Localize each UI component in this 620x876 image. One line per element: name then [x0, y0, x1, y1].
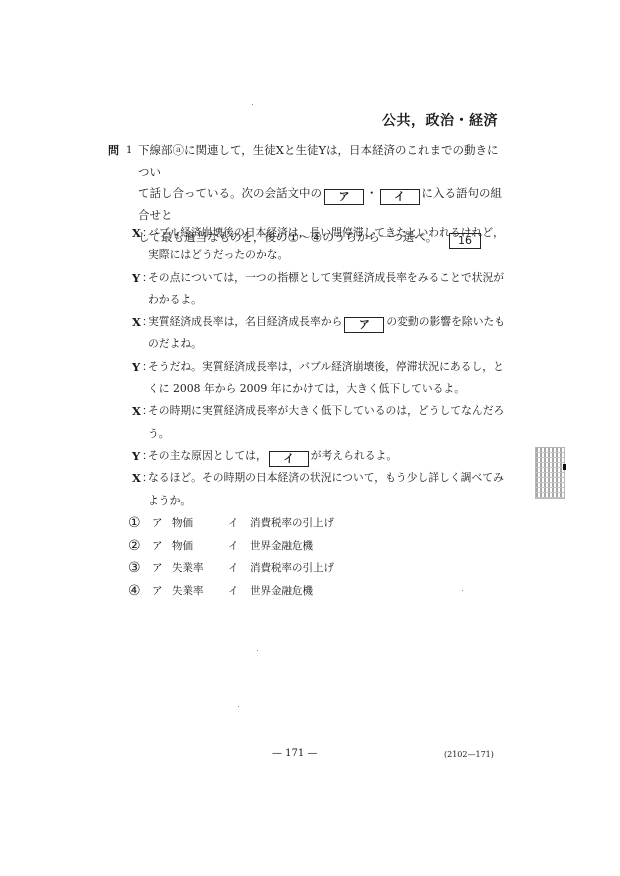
dialogue-line: 実際にはどうだったのかな。: [148, 244, 512, 266]
blank-a-box: ア: [344, 317, 384, 333]
dialogue-turn: X： バブル経済崩壊後の日本経済は，長い間停滞してきたといわれるけれど， 実際に…: [132, 222, 512, 267]
dialogue-turn: X： その時期に実質経済成長率が大きく低下しているのは，どうしてなんだろ う。: [132, 400, 512, 445]
blank-i-box: イ: [269, 451, 309, 467]
choice-value-i: 世界金融危機: [250, 580, 313, 603]
choice-label-i: イ: [228, 512, 250, 535]
colon: ：: [142, 467, 153, 489]
speaker-label: X: [132, 311, 141, 333]
dialogue-line: う。: [148, 423, 512, 445]
speaker-label: Y: [132, 356, 140, 378]
dialogue-line: くに 2008 年から 2009 年にかけては，大きく低下しているよ。: [148, 378, 512, 400]
choice-2: ② ア 物価 イ 世界金融危機: [128, 535, 334, 558]
dialogue-turn: X： 実質経済成長率は，名目経済成長率からアの変動の影響を除いたも のだよね。: [132, 311, 512, 356]
colon: ：: [142, 222, 153, 244]
speaker-label: X: [132, 222, 141, 244]
choice-value-a: 物価: [172, 535, 228, 558]
scan-speck: [252, 104, 253, 105]
dialogue-line: ようか。: [148, 490, 512, 512]
dialogue-turn: Y： その主な原因としては，イが考えられるよ。: [132, 445, 512, 467]
dialogue-line: わかるよ。: [148, 289, 512, 311]
dialogue-text: が考えられるよ。: [311, 449, 397, 462]
page-number: — 171 —: [272, 748, 317, 759]
dialogue-line: その点については，一つの指標として実質経済成長率をみることで状況が: [148, 267, 512, 289]
dialogue-line: その主な原因としては，イが考えられるよ。: [148, 445, 512, 467]
colon: ：: [142, 400, 153, 422]
choice-value-i: 消費税率の引上げ: [250, 512, 334, 535]
dialogue-turn: X： なるほど。その時期の日本経済の状況について，もう少し詳しく調べてみ ようか…: [132, 467, 512, 512]
dialogue-turn: Y： その点については，一つの指標として実質経済成長率をみることで状況が わかる…: [132, 267, 512, 312]
colon: ：: [142, 356, 153, 378]
colon: ：: [142, 267, 153, 289]
choice-value-i: 世界金融危機: [250, 535, 313, 558]
choice-value-a: 失業率: [172, 557, 228, 580]
answer-choices: ① ア 物価 イ 消費税率の引上げ ② ア 物価 イ 世界金融危機 ③ ア 失業…: [128, 512, 334, 602]
choice-label-i: イ: [228, 580, 250, 603]
blank-i-box: イ: [380, 189, 420, 205]
speaker-label: Y: [132, 267, 140, 289]
choice-1: ① ア 物価 イ 消費税率の引上げ: [128, 512, 334, 535]
scan-speck: [257, 650, 258, 651]
document-code: (2102—171): [444, 750, 494, 759]
dialogue-line: バブル経済崩壊後の日本経済は，長い間停滞してきたといわれるけれど，: [148, 222, 512, 244]
dialogue-text: の変動の影響を除いたも: [386, 315, 505, 328]
prompt-text: 下線部ⓐに関連して，生徒Xと生徒Yは，日本経済のこれまでの動きについ: [138, 143, 499, 179]
choice-3: ③ ア 失業率 イ 消費税率の引上げ: [128, 557, 334, 580]
speaker-label: Y: [132, 445, 140, 467]
choice-number: ①: [128, 512, 152, 535]
colon: ：: [142, 311, 153, 333]
stamp-mark: [563, 464, 566, 470]
choice-number: ④: [128, 580, 152, 603]
dialogue-text: 実質経済成長率は，名目経済成長率から: [148, 315, 342, 328]
dialogue-line: なるほど。その時期の日本経済の状況について，もう少し詳しく調べてみ: [148, 467, 512, 489]
dialogue-line: その時期に実質経済成長率が大きく低下しているのは，どうしてなんだろ: [148, 400, 512, 422]
blank-a-box: ア: [324, 189, 364, 205]
choice-label-a: ア: [152, 580, 172, 603]
scan-stamp-pattern: [535, 447, 565, 499]
choice-label-i: イ: [228, 535, 250, 558]
choice-label-a: ア: [152, 557, 172, 580]
dialogue-line: のだよね。: [148, 333, 512, 355]
choice-label-i: イ: [228, 557, 250, 580]
scan-speck: [462, 590, 463, 591]
choice-4: ④ ア 失業率 イ 世界金融危機: [128, 580, 334, 603]
colon: ：: [142, 445, 153, 467]
choice-label-a: ア: [152, 535, 172, 558]
choice-label-a: ア: [152, 512, 172, 535]
prompt-text: て話し合っている。次の会話文中の: [138, 186, 322, 200]
choice-value-i: 消費税率の引上げ: [250, 557, 334, 580]
dialogue-text: その主な原因としては，: [148, 449, 267, 462]
dialogue-turn: Y： そうだね。実質経済成長率は，バブル経済崩壊後，停滞状況にあるし，と くに …: [132, 356, 512, 401]
choice-number: ③: [128, 557, 152, 580]
choice-value-a: 物価: [172, 512, 228, 535]
choice-number: ②: [128, 535, 152, 558]
section-title: 公共，政治・経済: [380, 110, 498, 130]
separator: ・: [366, 186, 378, 200]
speaker-label: X: [132, 400, 141, 422]
scan-speck: [238, 706, 239, 707]
question-label: 問: [108, 140, 119, 162]
choice-value-a: 失業率: [172, 580, 228, 603]
question-number: 1: [126, 140, 132, 162]
speaker-label: X: [132, 467, 141, 489]
dialogue-line: 実質経済成長率は，名目経済成長率からアの変動の影響を除いたも: [148, 311, 512, 333]
dialogue-line: そうだね。実質経済成長率は，バブル経済崩壊後，停滞状況にあるし，と: [148, 356, 512, 378]
conversation: X： バブル経済崩壊後の日本経済は，長い間停滞してきたといわれるけれど， 実際に…: [132, 222, 512, 512]
